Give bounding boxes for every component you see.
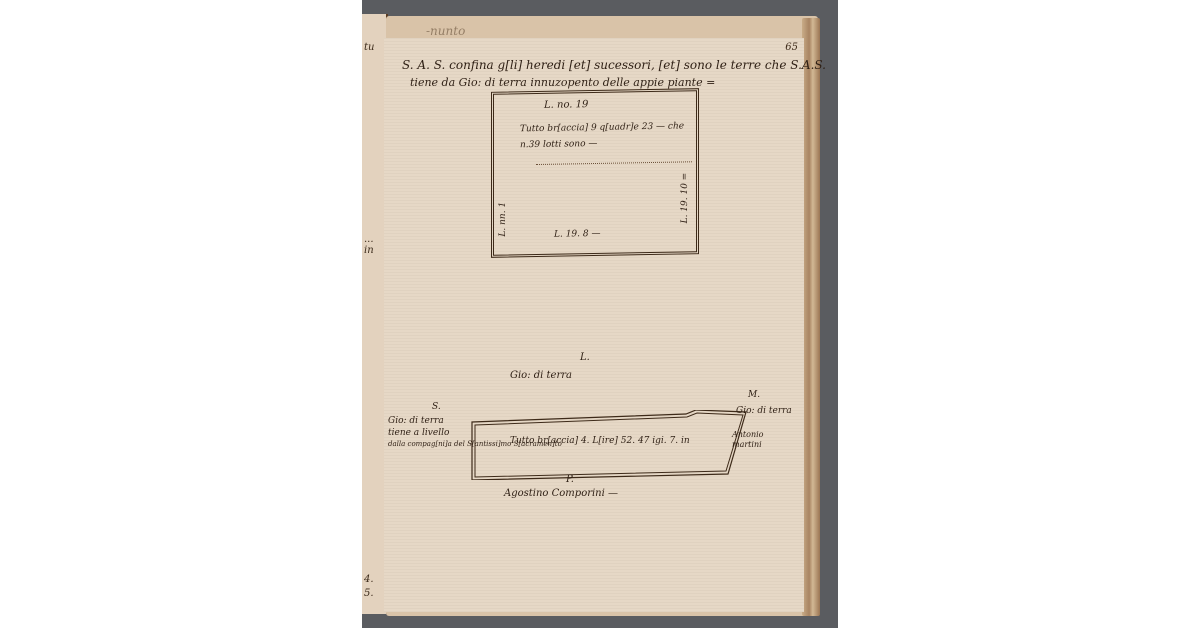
lower-plot-north-letter: L. bbox=[580, 352, 590, 363]
lower-plot-west-line: Gio: di terra bbox=[388, 416, 444, 426]
lower-plot-east-letter: M. bbox=[748, 390, 760, 400]
lower-plot-diagram: Tutto br[accia] 4. L[ire] 52. 47 igi. 7.… bbox=[470, 410, 758, 476]
left-page-fragment: 5. bbox=[364, 588, 374, 599]
heading-line-2: tiene da Gio: di terra innuzopento delle… bbox=[410, 76, 715, 89]
folio-number: 65 bbox=[785, 42, 798, 53]
upper-plot-diagram: L. no. 19 Tutto br[accia] 9 q[uadr]e 23 … bbox=[491, 88, 699, 258]
left-page-fragment: tu bbox=[364, 42, 374, 53]
underlying-page-text: -nunto bbox=[426, 24, 465, 38]
left-page-fragment: ... in bbox=[364, 234, 386, 256]
heading-line-1: S. A. S. confina g[li] heredi [et] suces… bbox=[402, 58, 826, 72]
lower-plot-body: Tutto br[accia] 4. L[ire] 52. 47 igi. 7.… bbox=[510, 436, 690, 446]
upper-plot-body-line-1: Tutto br[accia] 9 q[uadr]e 23 — che bbox=[520, 121, 684, 134]
lower-plot-southeast-note: Antonio bbox=[732, 430, 764, 439]
upper-plot-top-label: L. no. 19 bbox=[544, 99, 588, 111]
page-stack-edge bbox=[802, 18, 820, 616]
lower-plot-south-owner: Agostino Comporini — bbox=[504, 488, 618, 499]
lower-plot-south-letter: P. bbox=[566, 474, 574, 485]
lower-plot-east-owner: Gio: di terra bbox=[736, 406, 792, 416]
lower-plot-west-line: tiene a livello bbox=[388, 428, 449, 438]
manuscript-page: 65 S. A. S. confina g[li] heredi [et] su… bbox=[384, 38, 804, 612]
upper-plot-right-label: L. 19. 10 = bbox=[680, 173, 690, 224]
lower-plot-west-letter: S. bbox=[432, 402, 441, 412]
upper-plot-bottom-label: L. 19. 8 — bbox=[554, 229, 600, 240]
lower-plot-southeast-note: martini bbox=[732, 440, 762, 449]
upper-plot-body-line-2: n.39 lotti sono — bbox=[520, 139, 597, 150]
upper-plot-left-label: L. nn. 1 bbox=[498, 202, 508, 237]
lower-plot-north-owner: Gio: di terra bbox=[510, 370, 572, 381]
left-page-fragment: 4. bbox=[364, 574, 374, 585]
upper-plot-divider bbox=[536, 161, 692, 165]
scanner-background: tu ... in 4. 5. -nunto 65 S. A. S. confi… bbox=[362, 0, 838, 628]
